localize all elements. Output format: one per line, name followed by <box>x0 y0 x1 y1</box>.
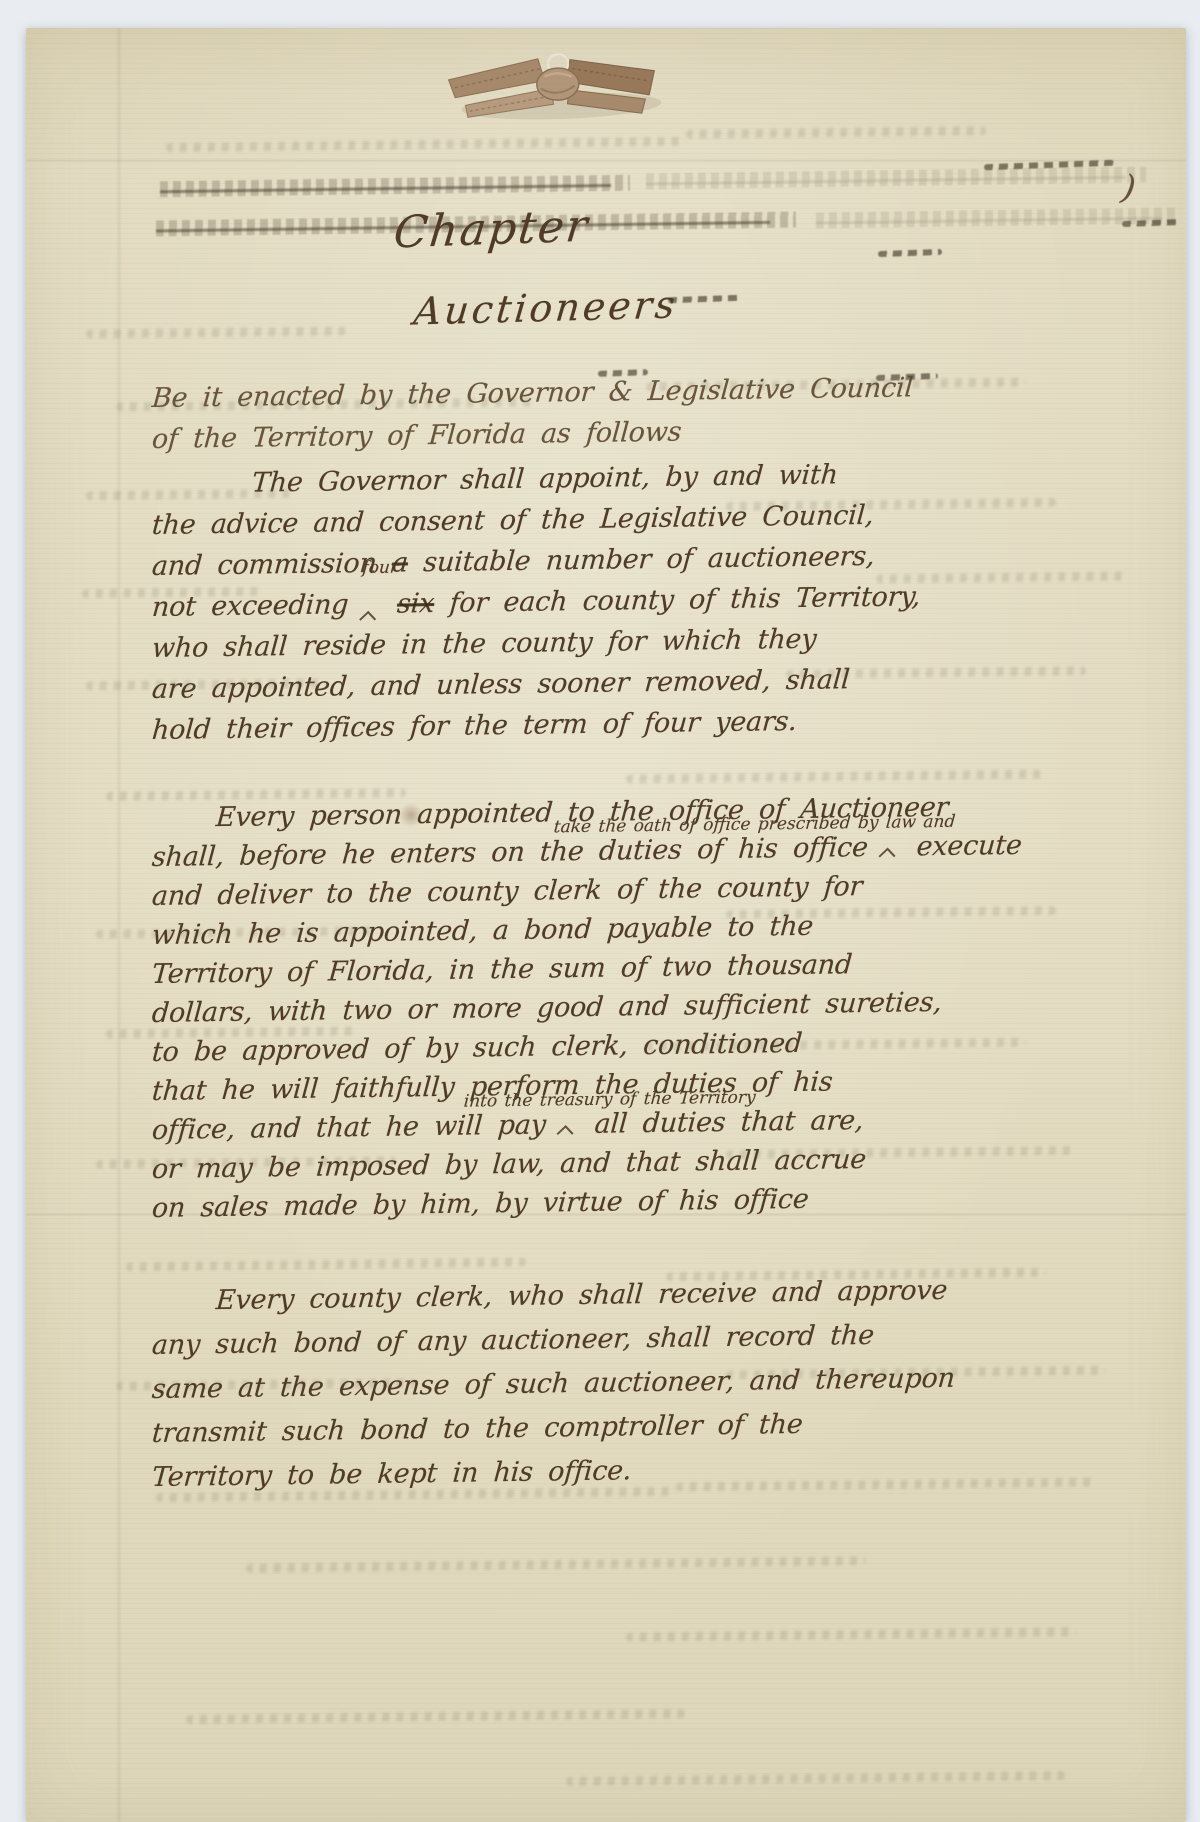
line-text: for each county of this Territory, <box>448 581 921 619</box>
fold-crease <box>118 28 120 1822</box>
manuscript-page: ) Chapter Auctioneers Be it enacted by t… <box>26 28 1186 1822</box>
section-recording: Every county clerk, who shall receive an… <box>152 1280 1052 1500</box>
section-appointment: The Governor shall appoint, by and with … <box>152 464 1052 751</box>
ribbon-tie <box>439 40 682 140</box>
ink-smudge <box>1122 219 1182 227</box>
ghost-writing-line <box>86 326 346 338</box>
ink-smudge <box>668 295 742 304</box>
correction: four six <box>362 583 436 625</box>
ghost-writing-line <box>246 1556 866 1573</box>
inserted-word: four <box>362 560 399 578</box>
ghost-writing-line <box>566 1771 1066 1786</box>
caret-insertion-mark <box>557 1125 574 1142</box>
struck-out-header-line <box>646 167 1146 190</box>
line-text: all duties that are, <box>593 1105 864 1140</box>
ghost-writing-line <box>626 1627 1076 1641</box>
document-scan: ) Chapter Auctioneers Be it enacted by t… <box>0 0 1200 1822</box>
ghost-writing-line <box>186 1709 686 1724</box>
interlined-insertion: into the treasury of the Territory <box>463 1090 756 1111</box>
line-text: shall, before he enters on the duties of… <box>151 832 869 873</box>
caret-insertion-mark <box>879 847 896 864</box>
line-text: execute <box>915 830 1022 863</box>
line-text: and commission <box>151 548 378 582</box>
struck-out-header-line <box>160 175 630 198</box>
ink-smudge <box>878 249 942 257</box>
interlined-insertion: take the oath of office prescribed by la… <box>553 814 956 837</box>
ghost-writing-line <box>686 126 986 139</box>
page-subtitle: Auctioneers <box>412 282 680 333</box>
manuscript-body: Be it enacted by the Governor & Legislat… <box>152 378 1052 1500</box>
struck-out-word: six <box>396 588 435 620</box>
section-bond: Every person appointed to the office of … <box>152 799 1052 1228</box>
line-text: office, and that he will pay <box>151 1109 547 1146</box>
line-text: not exceeding <box>151 589 350 623</box>
page-title: Chapter <box>391 200 591 258</box>
ghost-writing-line <box>166 137 686 152</box>
line-text: suitable number of auctioneers, <box>422 541 875 578</box>
